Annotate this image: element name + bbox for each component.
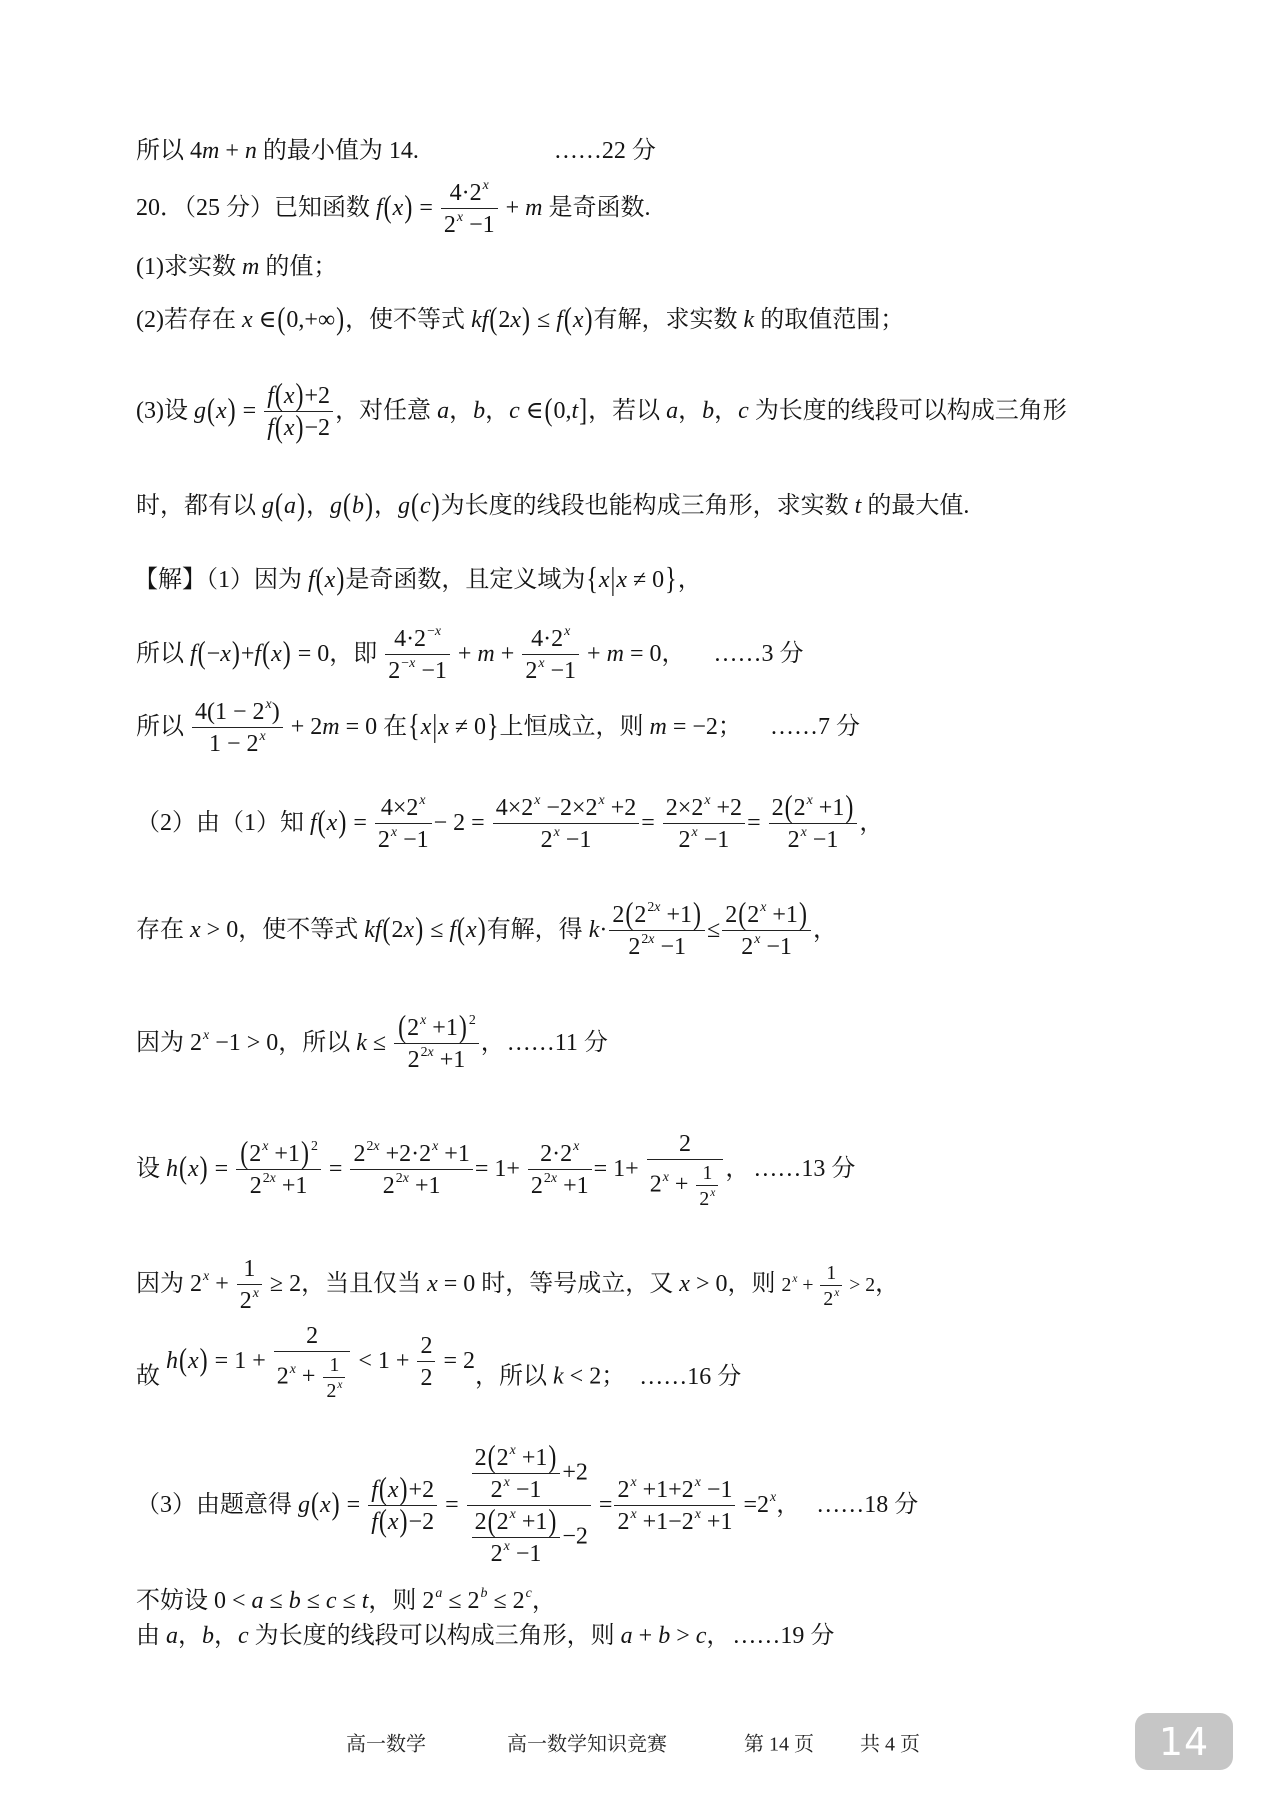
math-variable: x (325, 567, 336, 593)
text-run: 0, (553, 398, 571, 424)
solution-part-2-inequality: 存在 x > 0，使不等式 kf(2x) ≤ f(x)有解，得 k·2(22x … (136, 901, 837, 961)
line-content: （3）由题意得 g(x) = f(x)+2f(x)−2 = 2(2x +1)2x… (136, 1492, 800, 1518)
previous-answer-conclusion: 所以 4m + n 的最小值为 14.……22 分 (136, 137, 656, 165)
text-run: 2 (650, 1172, 662, 1198)
text-run: 2·2 (540, 1141, 572, 1167)
text-run: 4×2 (381, 795, 419, 821)
document-page: 所以 4m + n 的最小值为 14.……22 分 20．（25 分）已知函数 … (0, 0, 1280, 1819)
text-run: = (237, 398, 263, 424)
text-run: 为长度的线段也能构成三角形，求实数 (441, 493, 855, 519)
text-run: 1 − 2 (209, 731, 259, 757)
fraction-numerator: 2x +1+2x −1 (614, 1476, 735, 1506)
line-content: 所以 4(1 − 2x)1 − 2x + 2m = 0 在{x|x ≠ 0}上恒… (136, 714, 742, 740)
fraction-numerator: (2x +1)2 (236, 1140, 321, 1170)
superscript: x (483, 178, 489, 193)
math-delimiter: ( (487, 1503, 497, 1540)
text-run: ≤ (424, 917, 449, 943)
math-delimiter: ) (547, 1503, 557, 1540)
text-run: −1 (545, 658, 577, 684)
text-run: 2 (491, 1477, 503, 1503)
text-run: −1 (807, 827, 839, 853)
text-run: −1 (510, 1541, 542, 1567)
text-run: −1 (415, 658, 447, 684)
text-run: +1 (557, 1173, 589, 1199)
text-run: 2 (407, 1015, 419, 1041)
math-variable: b (473, 398, 485, 424)
text-run: + 2 (285, 714, 323, 740)
text-run: = 0 时，等号成立，又 (438, 1271, 680, 1297)
math-variable: x (679, 1271, 690, 1297)
fraction: 4·2x2x −1 (522, 625, 579, 685)
text-run: 2 (525, 658, 537, 684)
text-run: ， (859, 810, 883, 836)
fraction-numerator: 4×2x −2×2x +2 (493, 794, 640, 824)
text-run: 2 (469, 1013, 476, 1028)
math-delimiter: ) (300, 1135, 310, 1172)
math-variable: x (284, 415, 295, 441)
math-variable: g (298, 1492, 310, 1518)
fraction-numerator: 4·2x (441, 179, 498, 209)
math-delimiter: ( (317, 804, 327, 841)
text-run: 2 (420, 1333, 432, 1359)
fraction-numerator: 1 (820, 1262, 842, 1286)
math-variable: f (376, 195, 383, 221)
text-run: 所以 (136, 714, 190, 740)
math-variable: x (564, 624, 570, 639)
superscript: 2x (641, 932, 654, 947)
math-variable: a (252, 1588, 264, 1614)
math-variable: m (525, 195, 542, 221)
fraction-denominator: 2x −1 (472, 1474, 561, 1504)
text-run: + (669, 1172, 695, 1198)
fraction: 4·2−x2−x −1 (385, 625, 450, 685)
problem-20-part-3: (3)设 g(x) = f(x)+2f(x)−2，对任意 a，b，c ∈(0,t… (136, 382, 1067, 442)
text-run: ， (178, 1623, 202, 1649)
score-mark: ……19 分 (732, 1622, 834, 1650)
fraction: 4·2x2x −1 (441, 179, 498, 239)
text-run: −1 (701, 1477, 733, 1503)
math-variable: m (242, 254, 259, 280)
text-run: +2 (711, 795, 743, 821)
small-math-group: 2x + 12x > 2 (782, 1274, 876, 1296)
fraction: f(x)+2f(x)−2 (264, 382, 333, 442)
math-delimiter: ( (784, 789, 794, 826)
solution-part-1-odd-condition: 所以 f(−x)+f(x) = 0，即 4·2−x2−x −1 + m + 4·… (136, 625, 803, 685)
fraction-denominator: 2(2x +1)2x −1−2 (467, 1506, 591, 1568)
fraction-numerator: 2 (417, 1332, 435, 1362)
text-run: − (401, 656, 409, 671)
math-delimiter: ( (456, 911, 466, 948)
math-delimiter: ( (206, 392, 216, 429)
math-delimiter: ( (382, 911, 392, 948)
text-run: +2 (562, 1460, 588, 1486)
fraction-denominator: 2x −1 (522, 655, 579, 685)
fraction-denominator: 2x −1 (375, 824, 432, 854)
line-content: 20．（25 分）已知函数 f(x) = 4·2x2x −1 + m 是奇函数. (136, 195, 651, 221)
math-variable: k (553, 1364, 564, 1390)
math-variable: x (421, 714, 432, 740)
text-run: ， (485, 398, 509, 424)
text-run: 2 (491, 1541, 503, 1567)
math-variable: x (573, 1139, 579, 1154)
line-content: 由 a，b，c 为长度的线段可以构成三角形，则 a + b > c， (136, 1623, 730, 1649)
text-run: + (797, 1274, 818, 1296)
math-variable: x (393, 195, 404, 221)
text-run: 2 (782, 1274, 792, 1296)
fraction: 2(22x +1)22x −1 (609, 901, 705, 961)
text-run: −1 (510, 1477, 542, 1503)
math-delimiter: ( (342, 487, 352, 524)
text-run: = 1+ (594, 1156, 645, 1182)
fraction-denominator: 2x (323, 1378, 345, 1402)
text-run: +1 (660, 902, 692, 928)
fraction: 2(2x +1)2x −1+22(2x +1)2x −1−2 (467, 1444, 591, 1568)
fraction-numerator: 2·2x (528, 1140, 592, 1170)
math-variable: x (188, 1156, 199, 1182)
line-content: 存在 x > 0，使不等式 kf(2x) ≤ f(x)有解，得 k·2(22x … (136, 917, 837, 943)
line-content: 不妨设 0 < a ≤ b ≤ c ≤ t，则 2a ≤ 2b ≤ 2c， (136, 1588, 556, 1614)
math-delimiter: ( (543, 392, 553, 429)
score-mark: ……18 分 (816, 1491, 918, 1519)
text-run: −1 (654, 934, 686, 960)
text-run: = 1 + (209, 1348, 272, 1374)
text-run: 2 (617, 1477, 629, 1503)
text-run: < 2； (564, 1364, 626, 1390)
math-variable: x (337, 1379, 342, 1391)
footer-subject: 高一数学 (346, 1728, 426, 1757)
text-run: > 0，使不等式 (201, 917, 365, 943)
text-run: −1 > 0，所以 (209, 1030, 356, 1056)
fraction: 2(2x +1)2x −1 (472, 1444, 561, 1504)
text-run: + (633, 1623, 659, 1649)
line-content: 因为 2x −1 > 0，所以 k ≤ (2x +1)222x +1， (136, 1030, 505, 1056)
math-variable: x (573, 307, 584, 333)
math-variable: f (310, 810, 317, 836)
text-run: +1 (766, 902, 798, 928)
superscript: x (337, 1379, 342, 1391)
solution-part-2-define-h: 设 h(x) = (2x +1)222x +1 = 22x +2·2x +122… (136, 1130, 855, 1210)
text-run: 2 (326, 1380, 336, 1402)
math-delimiter: ) (547, 1439, 557, 1476)
text-run: 因为 2 (136, 1271, 202, 1297)
fraction-denominator: 2x −1 (493, 824, 640, 854)
math-delimiter: ( (488, 301, 498, 338)
fraction-numerator: 2(2x +1) (472, 1444, 561, 1474)
text-run: 2 (306, 1323, 318, 1349)
line-content: 设 h(x) = (2x +1)222x +1 = 22x +2·2x +122… (136, 1156, 749, 1182)
text-run: 的取值范围； (754, 307, 904, 333)
text-run: = 0，即 (292, 641, 384, 667)
text-run: 2 (240, 1288, 252, 1314)
text-run: 4·2 (450, 180, 482, 206)
text-run: +1 (438, 1141, 470, 1167)
math-variable: x (220, 641, 231, 667)
text-run: = 0 在 (340, 714, 408, 740)
math-delimiter: ) (335, 561, 345, 598)
text-run: 0,+∞ (286, 307, 335, 333)
math-delimiter: ) (477, 911, 487, 948)
text-run: > 0，则 (690, 1271, 782, 1297)
math-variable: x (404, 917, 415, 943)
math-variable: h (166, 1156, 178, 1182)
text-run: +1 (516, 1445, 548, 1471)
math-variable: x (327, 810, 338, 836)
text-run: ≤ (531, 307, 556, 333)
text-run: ， (813, 917, 837, 943)
text-run: ， (306, 493, 330, 519)
text-run: ∈ (253, 307, 277, 333)
text-run: + (495, 641, 521, 667)
math-variable: n (245, 138, 257, 164)
math-delimiter: { (407, 708, 421, 745)
math-variable: b (702, 398, 714, 424)
text-run: +1 (426, 1015, 458, 1041)
math-delimiter: ) (399, 1503, 409, 1540)
text-run: ， (714, 398, 738, 424)
math-delimiter: ( (261, 635, 271, 672)
superscript: x (260, 729, 266, 744)
fraction: 2·2x22x +1 (528, 1140, 592, 1200)
text-run: 4×2 (496, 795, 534, 821)
math-variable: x (510, 307, 521, 333)
text-run: = (439, 1492, 465, 1518)
text-run: + (241, 641, 255, 667)
text-run: 1 (330, 1354, 340, 1376)
text-run: 2 (498, 307, 510, 333)
text-run: +2·2 (380, 1141, 432, 1167)
text-run: ∈ (520, 398, 544, 424)
math-delimiter: ( (315, 561, 325, 598)
math-variable: x (710, 1187, 715, 1199)
fraction-denominator: 2x (696, 1186, 718, 1210)
fraction-denominator: 2x + 12x (647, 1160, 724, 1210)
superscript: x (710, 1187, 715, 1199)
text-run: 2 (544, 1171, 551, 1186)
text-run: −1 (698, 827, 730, 853)
text-run: 是奇函数. (543, 195, 651, 221)
superscript: x (253, 1286, 259, 1301)
text-run: = (413, 195, 439, 221)
math-delimiter: ) (584, 301, 594, 338)
text-run: − (427, 624, 435, 639)
math-variable: m (202, 138, 219, 164)
text-run: +2 (409, 1477, 435, 1503)
fraction-numerator: 2 (647, 1130, 724, 1160)
superscript: 2x (366, 1139, 379, 1154)
math-delimiter: ( (239, 1135, 249, 1172)
text-run: 2 (388, 658, 400, 684)
math-variable: x (242, 307, 253, 333)
text-run: 2 (617, 1509, 629, 1535)
superscript: 2x (544, 1171, 557, 1186)
text-run: ，所以 (475, 1364, 553, 1390)
text-run: ，若以 (588, 398, 666, 424)
fraction-numerator: 2(2x +1) (769, 794, 858, 824)
math-variable: f (190, 641, 197, 667)
text-run: −1 (397, 827, 429, 853)
math-delimiter: ( (563, 301, 573, 338)
text-run: = (323, 1156, 349, 1182)
math-variable: x (216, 398, 227, 424)
math-variable: b (658, 1623, 670, 1649)
text-run: 2 (741, 934, 753, 960)
text-run: + (452, 641, 478, 667)
fraction-numerator: 2 (274, 1322, 351, 1352)
math-variable: c (696, 1623, 707, 1649)
math-variable: x (616, 567, 627, 593)
math-variable: t (571, 398, 578, 424)
math-variable: x (466, 917, 477, 943)
math-delimiter: ) (403, 189, 413, 226)
fraction-numerator: 4·2−x (385, 625, 450, 655)
text-run: 2×2 (666, 795, 704, 821)
text-run: (2)若存在 (136, 307, 242, 333)
math-delimiter: ( (378, 1503, 388, 1540)
math-variable: f (371, 1477, 378, 1503)
text-run: 4(1 − 2 (195, 699, 265, 725)
fraction-numerator: 1 (696, 1162, 718, 1186)
fraction-denominator: f(x)−2 (368, 1506, 437, 1536)
fraction: 2(2x +1)2x −1 (722, 901, 811, 961)
solution-part-3-triangle-condition: 由 a，b，c 为长度的线段可以构成三角形，则 a + b > c，……19 分 (136, 1622, 834, 1650)
fraction-numerator: (2x +1)2 (394, 1014, 479, 1044)
text-run: 4·2 (531, 626, 563, 652)
text-run: 2 (396, 1171, 403, 1186)
fraction: 12x (820, 1262, 842, 1310)
text-run: 2 (772, 795, 784, 821)
text-run: 2 (794, 795, 806, 821)
math-delimiter: ) (335, 301, 345, 338)
text-run: ， (214, 1623, 238, 1649)
text-run: 2 (263, 1171, 270, 1186)
text-run: ， (875, 1271, 899, 1297)
text-run: 有解，得 (487, 917, 589, 943)
math-delimiter: ) (227, 392, 237, 429)
math-variable: x (284, 383, 295, 409)
superscript: −x (427, 624, 441, 639)
math-delimiter: ( (397, 1009, 407, 1046)
text-run: 2 (250, 1173, 262, 1199)
text-run: + (219, 138, 245, 164)
text-run: =2 (737, 1492, 769, 1518)
math-variable: m (607, 641, 624, 667)
math-variable: k (744, 307, 755, 333)
math-delimiter: ( (197, 635, 207, 672)
text-run: （2）由（1）知 (136, 810, 310, 836)
math-delimiter: | (431, 708, 438, 745)
fraction-denominator: f(x)−2 (264, 412, 333, 442)
text-run: 2 (497, 1445, 509, 1471)
math-delimiter: ) (431, 487, 441, 524)
text-run: 2 (634, 902, 646, 928)
text-run: +1 (268, 1141, 300, 1167)
fraction-denominator: 2x −1 (472, 1538, 561, 1568)
text-run: −2×2 (540, 795, 597, 821)
text-run: = (209, 1156, 235, 1182)
text-run: 故 (136, 1364, 166, 1390)
fraction: 12x (696, 1162, 718, 1210)
math-variable: x (188, 1348, 199, 1374)
text-run: 2 (277, 1364, 289, 1390)
text-run: 2 (420, 1365, 432, 1391)
text-run: −2 (305, 415, 331, 441)
math-delimiter: } (486, 708, 500, 745)
fraction-denominator: 2x +1−2x +1 (614, 1506, 735, 1536)
superscript: 2x (421, 1045, 434, 1060)
text-run: ≠ 0 (627, 567, 664, 593)
text-run: 所以 (136, 641, 190, 667)
math-variable: x (388, 1509, 399, 1535)
math-variable: x (483, 178, 489, 193)
fraction-denominator: 22x −1 (609, 931, 705, 961)
fraction-numerator: 4·2x (522, 625, 579, 655)
math-variable: x (834, 1287, 839, 1299)
solution-part-2-k-bound: 因为 2x −1 > 0，所以 k ≤ (2x +1)222x +1，……11 … (136, 1014, 608, 1074)
fraction-denominator: 2−x −1 (385, 655, 450, 685)
text-run: 2 (679, 827, 691, 853)
text-run: < 1 + (352, 1348, 415, 1374)
math-variable: x (388, 1477, 399, 1503)
score-mark: ……16 分 (639, 1363, 741, 1391)
footer-page-number: 第 14 页 (744, 1728, 814, 1757)
math-variable: b (352, 493, 364, 519)
fraction-numerator: f(x)+2 (264, 382, 333, 412)
text-run: +2 (305, 383, 331, 409)
fraction: 2x +1+2x −12x +1−2x +1 (614, 1476, 735, 1536)
fraction-denominator: 22x +1 (236, 1170, 321, 1200)
score-mark: ……22 分 (554, 137, 656, 165)
text-run: +1−2 (637, 1509, 694, 1535)
text-run: = 1+ (475, 1156, 526, 1182)
math-delimiter: ) (295, 409, 305, 446)
text-run: = (593, 1492, 613, 1518)
fraction-numerator: 2×2x +2 (663, 794, 745, 824)
text-run: + (209, 1271, 235, 1297)
fraction-denominator: 2 (417, 1362, 435, 1392)
text-run: − (207, 641, 221, 667)
solution-part-1-result: 所以 4(1 − 2x)1 − 2x + 2m = 0 在{x|x ≠ 0}上恒… (136, 698, 860, 758)
text-run: 1 (243, 1256, 255, 1282)
text-run: ， (374, 493, 398, 519)
text-run: 有解，求实数 (594, 307, 744, 333)
score-mark: ……3 分 (713, 640, 803, 668)
math-variable: x (190, 917, 201, 943)
fraction-numerator: 2(2x +1) (472, 1508, 561, 1538)
text-run: 2 (353, 1141, 365, 1167)
fraction: 4(1 − 2x)1 − 2x (192, 698, 283, 758)
text-run: + (581, 641, 607, 667)
math-variable: m (477, 641, 494, 667)
math-variable: c (326, 1588, 337, 1614)
text-run: 2 (679, 1131, 691, 1157)
math-delimiter: ( (737, 896, 747, 933)
text-run: ≤ (707, 917, 720, 943)
text-run: ≠ 0 (449, 714, 486, 740)
fraction-denominator: 2x + 12x (274, 1352, 351, 1402)
text-run: ， (678, 398, 702, 424)
math-delimiter: } (664, 561, 678, 598)
text-run: 2 (747, 902, 759, 928)
text-run: 2 (531, 1173, 543, 1199)
text-run: ， (449, 398, 473, 424)
problem-20-part-1: (1)求实数 m 的值； (136, 253, 337, 281)
text-run: 为长度的线段可以构成三角形，则 (249, 1623, 621, 1649)
text-run: ) (272, 699, 280, 725)
text-run: = (347, 810, 373, 836)
math-variable: a (621, 1623, 633, 1649)
math-delimiter: ) (331, 1486, 341, 1523)
math-variable: kf (471, 307, 488, 333)
